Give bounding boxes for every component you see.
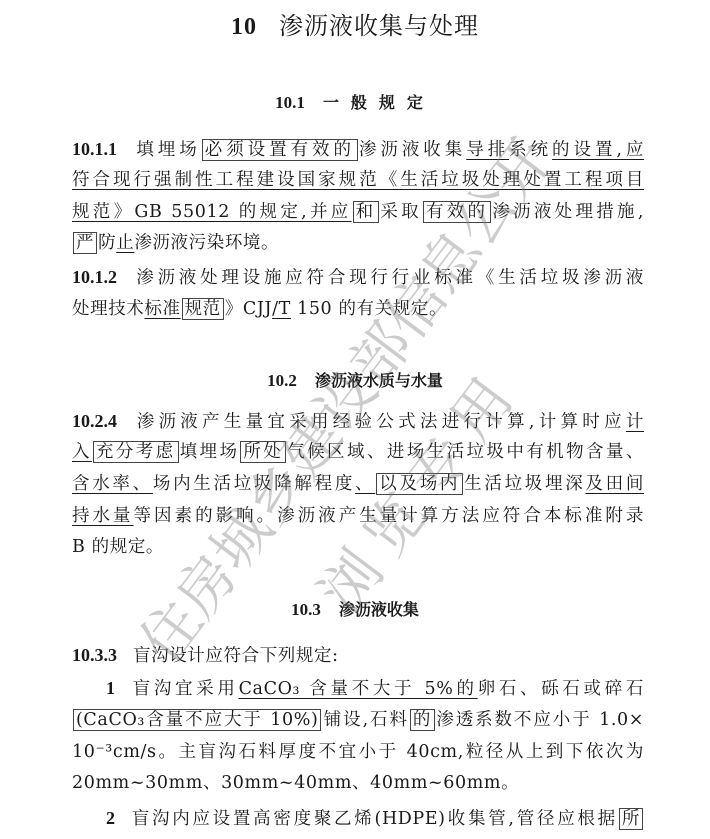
chapter-title-text: 渗沥液收集与处理 (279, 12, 479, 40)
document-page: 10渗沥液收集与处理 10.1一般规定10.2渗沥液水质与水量10.3渗沥液收集… (0, 0, 710, 839)
body-text: 填埋场 (180, 442, 240, 462)
clause-number: 10.2.4 (72, 411, 117, 431)
text-line: 规范》GB 55012 的规定,并应和采取有效的渗沥液处理措施, (72, 197, 644, 227)
item-number: 1 (106, 678, 116, 698)
text-line: 10.3.3盲沟设计应符合下列规定: (72, 640, 644, 670)
section-title: 渗沥液水质与水量 (315, 371, 443, 390)
body-text: 防 (98, 233, 116, 253)
deleted-text: 有效的 (423, 201, 491, 223)
inserted-text: 导排 (466, 140, 509, 160)
item-number: 2 (106, 808, 116, 828)
inserted-text: CaCO₃ 含量不大于 5%的 (239, 679, 478, 699)
text-line: 10⁻³cm/s。主盲沟石料厚度不宜小于 40cm,粒径从上到下依次为 (72, 737, 644, 767)
body-text: 渗透系数不应小于 1.0× (436, 710, 644, 730)
inserted-text: 止 (116, 233, 134, 253)
inserted-text: 入 (72, 442, 92, 462)
deleted-text: 所处 (240, 441, 286, 463)
body-text: 填埋场 (133, 140, 201, 160)
body-text: 系统 (509, 140, 552, 160)
body-text: 等因素的影响。渗沥液产生量计算方法应符合本标准附录 (134, 506, 644, 526)
section-number: 10.2 (267, 371, 297, 390)
body-text: 卵石、砾石或碎石 (478, 679, 644, 699)
text-line: 严防止渗沥液污染环境。 (72, 228, 644, 258)
deleted-text: 必须设置有效的 (202, 139, 358, 161)
deleted-text: 所 (619, 808, 643, 830)
body-text: 铺设,石料 (322, 710, 408, 730)
section-heading: 10.1一般规定 (0, 90, 710, 113)
text-line: 10.1.1填埋场必须设置有效的渗沥液收集导排系统的设置,应 (72, 134, 644, 164)
clause-number: 10.1.2 (72, 267, 117, 287)
body-text: 10⁻³cm/s。主盲沟石料厚度不宜小于 40cm,粒径从上到下依次为 (72, 742, 644, 762)
chapter-number: 10 (231, 14, 257, 40)
text-line: 1盲沟宜采用CaCO₃ 含量不大于 5%的卵石、砾石或碎石 (106, 673, 644, 703)
inserted-text: 及田间 (585, 474, 644, 494)
inserted-text: 持水量 (72, 506, 134, 526)
text-line: (CaCO₃含量不应大于 10%)铺设,石料的渗透系数不应小于 1.0× (72, 705, 644, 735)
body-text: 20mm~30mm、30mm~40mm、40mm~60mm。 (72, 773, 519, 793)
body-text: 处理技术 (72, 299, 144, 319)
inserted-text: 规范》GB 55012 的规定,并应 (72, 202, 352, 222)
text-line: 处理技术标准规范》CJJ/T 150 的有关规定。 (72, 294, 644, 324)
clause-number: 10.3.3 (72, 645, 117, 665)
inserted-text: 标准 (144, 299, 180, 319)
body-text: 生活垃圾埋深 (464, 474, 585, 494)
section-title: 一般规定 (323, 93, 435, 112)
section-number: 10.3 (291, 600, 321, 619)
text-line: 20mm~30mm、30mm~40mm、40mm~60mm。 (72, 768, 644, 798)
inserted-text: 计 (626, 412, 644, 432)
body-text: 气候区域、进场生活垃圾中有机物含量、 (287, 442, 644, 462)
deleted-text: 规范 (182, 298, 224, 320)
section-number: 10.1 (275, 93, 305, 112)
body-text: 渗沥液处理措施, (492, 202, 644, 222)
body-text: 盲沟宜采用 (130, 679, 239, 699)
inserted-text: /T (272, 299, 291, 319)
body-text: 渗沥液产生量宜采用经验公式法进行计算,计算时应 (133, 412, 626, 432)
deleted-text: (CaCO₃含量不应大于 10%) (73, 709, 321, 731)
body-text: 盲沟设计应符合下列规定: (133, 646, 339, 666)
text-line: B 的规定。 (72, 532, 644, 562)
body-text: 盲沟内应设置高密度聚乙烯(HDPE)收集管,管径应根据 (130, 809, 618, 829)
body-text: 采取 (380, 202, 422, 222)
body-text: 渗沥液收集 (359, 140, 466, 160)
deleted-text: 以及场内 (376, 473, 463, 495)
inserted-text: 含水率、 (72, 474, 153, 494)
text-line: 符合现行强制性工程建设国家规范《生活垃圾处理处置工程项目 (72, 165, 644, 195)
body-text: B 的规定。 (72, 537, 164, 557)
body-text: 场内生活垃圾降解程度 (153, 474, 355, 494)
body-text: 》CJJ (225, 299, 272, 319)
clause-number: 10.1.1 (72, 139, 117, 159)
body-text: 渗沥液处理设施应符合现行行业标准《生活垃圾渗沥液 (133, 268, 644, 288)
chapter-title: 10渗沥液收集与处理 (0, 6, 710, 41)
body-text: 150 的有关规定。 (291, 299, 447, 319)
text-line: 持水量等因素的影响。渗沥液产生量计算方法应符合本标准附录 (72, 501, 644, 531)
inserted-text: 符合现行强制性工程建设国家规范《生活垃圾处理处置工程项目 (72, 170, 644, 190)
text-line: 2盲沟内应设置高密度聚乙烯(HDPE)收集管,管径应根据所 (106, 803, 644, 833)
text-line: 10.2.4渗沥液产生量宜采用经验公式法进行计算,计算时应计 (72, 406, 644, 436)
text-line: 含水率、场内生活垃圾降解程度、以及场内生活垃圾埋深及田间 (72, 469, 644, 499)
section-heading: 10.2渗沥液水质与水量 (0, 368, 710, 391)
inserted-text: 、 (355, 474, 375, 494)
text-line: 入充分考虑填埋场所处气候区域、进场生活垃圾中有机物含量、 (72, 437, 644, 467)
deleted-text: 和 (353, 201, 380, 223)
deleted-text: 严 (73, 232, 97, 254)
section-title: 渗沥液收集 (339, 600, 419, 619)
section-heading: 10.3渗沥液收集 (0, 597, 710, 620)
deleted-text: 充分考虑 (93, 441, 179, 463)
inserted-text: 的设置,应 (552, 140, 644, 160)
text-line: 10.1.2渗沥液处理设施应符合现行行业标准《生活垃圾渗沥液 (72, 262, 644, 292)
deleted-text: 的 (410, 709, 435, 731)
body-text: 渗沥液污染环境。 (134, 233, 279, 253)
